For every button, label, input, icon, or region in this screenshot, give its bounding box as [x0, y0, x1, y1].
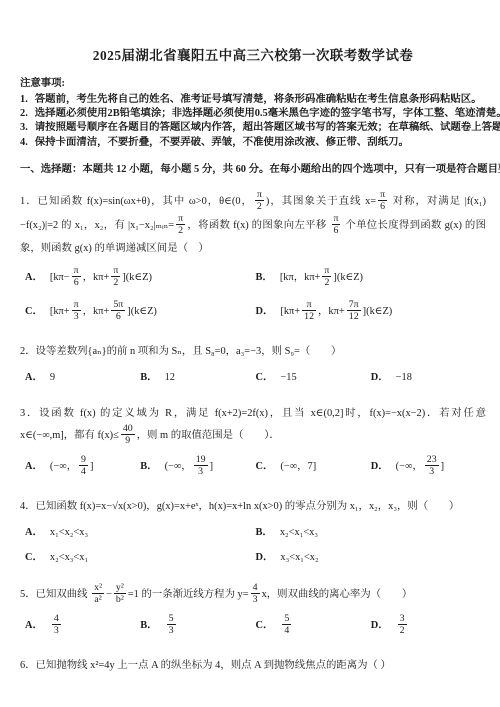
notice-item-1: 1.答题前，考生先将自己的姓名、准考证号填写清楚，将条形码准确粘贴在考生信息条形… — [20, 93, 486, 107]
fraction: 5π6 — [111, 299, 125, 323]
fraction: π3 — [72, 299, 81, 323]
fraction: 54 — [282, 613, 291, 637]
fraction: 409 — [121, 423, 135, 447]
options-row: A．[kπ−π6，kπ+π2](k∈Z)B．[kπ，kπ+π2](k∈Z)C．[… — [25, 261, 486, 328]
option-label: D． — [371, 370, 389, 385]
fraction: π6 — [72, 265, 81, 289]
question-6: 6．已知抛物线 x²=4y 上一点 A 的纵坐标为 4，则点 A 到抛物线焦点的… — [20, 655, 486, 676]
fraction: x²a² — [92, 582, 104, 606]
option-C: C．54 — [256, 614, 371, 638]
option-C: C．x₂<x₃<x₁ — [25, 550, 256, 565]
fraction: π2 — [176, 213, 185, 237]
option-A: A．43 — [25, 614, 140, 638]
option-label: A． — [25, 270, 43, 285]
option-text: (−∞，7] — [280, 459, 316, 474]
option-B: B．(−∞，193] — [140, 455, 255, 479]
option-label: C． — [256, 459, 274, 474]
question-1: 1．已知函数 f(x)=sin(ωx+θ)，其中 ω>0，θ∈(0，π2)，其图… — [20, 190, 486, 328]
page-title: 2025届湖北省襄阳五中高三六校第一次联考数学试卷 — [20, 46, 486, 65]
fraction: 43 — [52, 613, 61, 637]
option-B: B．53 — [140, 614, 255, 638]
option-A: A．[kπ−π6，kπ+π2](k∈Z) — [25, 266, 256, 290]
notice-item-text: 保持卡面清洁，不要折叠，不要弄破、弄皱，不准使用涂改液、修正带、刮纸刀。 — [35, 137, 409, 148]
fraction: π12 — [302, 299, 316, 323]
option-label: D． — [256, 550, 274, 565]
fraction: 43 — [251, 582, 260, 606]
option-label: B． — [140, 618, 157, 633]
option-label: D． — [256, 304, 274, 319]
question-stem: 2．设等差数列{aₙ}的前 n 项和为 Sₙ，且 S₈=0，a₃=−3，则 S₉… — [20, 341, 486, 362]
option-C: C．(−∞，7] — [256, 455, 371, 479]
notice-heading: 注意事项: — [20, 76, 486, 91]
options-row: A．(−∞，94]B．(−∞，193]C．(−∞，7]D．(−∞，233] — [25, 450, 486, 484]
notice-item-number: 2. — [20, 108, 28, 119]
option-D: D．x₃<x₁<x₂ — [256, 550, 487, 565]
option-label: C． — [25, 304, 43, 319]
option-label: C． — [256, 370, 274, 385]
option-label: B． — [256, 270, 273, 285]
notice-item-text: 选择题必须使用2B铅笔填涂；非选择题必须使用0.5毫米黑色字迹的签字笔书写，字体… — [35, 108, 500, 119]
fraction: 233 — [425, 454, 439, 478]
option-text: x₃<x₁<x₂ — [280, 550, 318, 565]
fraction: 193 — [194, 454, 208, 478]
option-text: −18 — [396, 370, 412, 385]
option-text: 12 — [165, 370, 175, 385]
options-row: A．9B．12C．−15D．−18 — [25, 365, 486, 390]
option-text: 53 — [165, 614, 178, 638]
option-D: D．[kπ+π12，kπ+7π12](k∈Z) — [256, 300, 487, 324]
fraction: 7π12 — [347, 299, 361, 323]
fraction: y²b² — [114, 582, 126, 606]
option-B: B．12 — [140, 370, 255, 385]
question-4: 4．已知函数 f(x)=x−√x(x>0)，g(x)=x+eˣ，h(x)=x+l… — [20, 496, 486, 569]
option-label: A． — [25, 370, 43, 385]
option-text: (−∞，233] — [396, 455, 444, 479]
option-D: D．32 — [371, 614, 486, 638]
notice-item-2: 2.选择题必须使用2B铅笔填涂；非选择题必须使用0.5毫米黑色字迹的签字笔书写，… — [20, 107, 486, 121]
option-label: C． — [25, 550, 43, 565]
question-stem: 3．设函数 f(x) 的定义域为 R，满足 f(x+2)=2f(x)，且当 x∈… — [20, 403, 486, 448]
option-text: (−∞，193] — [165, 455, 213, 479]
option-text: 32 — [396, 614, 409, 638]
notice-block: 注意事项: 1.答题前，考生先将自己的姓名、准考证号填写清楚，将条形码准确粘贴在… — [20, 76, 486, 150]
option-D: D．(−∞，233] — [371, 455, 486, 479]
option-label: B． — [140, 370, 157, 385]
option-text: 43 — [50, 614, 63, 638]
option-B: B．x₂<x₁<x₃ — [256, 525, 487, 540]
notice-item-number: 3. — [20, 122, 28, 133]
question-3: 3．设函数 f(x) 的定义域为 R，满足 f(x+2)=2f(x)，且当 x∈… — [20, 403, 486, 484]
option-text: x₁<x₂<x₃ — [50, 525, 88, 540]
options-row: A．43B．53C．54D．32 — [25, 609, 486, 643]
fraction: π2 — [111, 265, 120, 289]
option-text: [kπ+π3，kπ+5π6](k∈Z) — [50, 300, 157, 324]
option-C: C．−15 — [256, 370, 371, 385]
option-D: D．−18 — [371, 370, 486, 385]
notice-item-number: 1. — [20, 94, 28, 105]
option-text: −15 — [280, 370, 296, 385]
option-text: (−∞，94] — [50, 455, 94, 479]
fraction: π6 — [378, 189, 387, 213]
section-header-choice-questions: 一、选择题：本题共 12 小题，每小题 5 分，共 60 分。在每小题给出的四个… — [20, 162, 486, 177]
fraction: 94 — [79, 454, 88, 478]
question-stem: 4．已知函数 f(x)=x−√x(x>0)，g(x)=x+eˣ，h(x)=x+l… — [20, 496, 486, 517]
option-label: D． — [371, 618, 389, 633]
question-stem: 5．已知双曲线 x²a²−y²b²=1 的一条渐近线方程为 y=43x，则双曲线… — [20, 583, 486, 607]
option-text: 54 — [280, 614, 293, 638]
notice-item-3: 3.请按照题号顺序在各题目的答题区域内作答，超出答题区域书写的答案无效；在草稿纸… — [20, 121, 486, 135]
option-A: A．9 — [25, 370, 140, 385]
question-2: 2．设等差数列{aₙ}的前 n 项和为 Sₙ，且 S₈=0，a₃=−3，则 S₉… — [20, 341, 486, 389]
question-stem: 1．已知函数 f(x)=sin(ωx+θ)，其中 ω>0，θ∈(0，π2)，其图… — [20, 190, 486, 259]
option-label: B． — [140, 459, 157, 474]
option-text: [kπ，kπ+π2](k∈Z) — [280, 266, 363, 290]
option-text: [kπ+π12，kπ+7π12](k∈Z) — [280, 300, 392, 324]
option-text: x₂<x₁<x₃ — [280, 525, 318, 540]
notice-item-text: 答题前，考生先将自己的姓名、准考证号填写清楚，将条形码准确粘贴在考生信息条形码粘… — [35, 94, 482, 105]
option-label: C． — [256, 618, 274, 633]
option-label: A． — [25, 618, 43, 633]
option-label: A． — [25, 459, 43, 474]
option-text: x₂<x₃<x₁ — [50, 550, 88, 565]
notice-item-4: 4.保持卡面清洁，不要折叠，不要弄破、弄皱，不准使用涂改液、修正带、刮纸刀。 — [20, 136, 486, 150]
option-C: C．[kπ+π3，kπ+5π6](k∈Z) — [25, 300, 256, 324]
option-label: D． — [371, 459, 389, 474]
options-row: A．x₁<x₂<x₃B．x₂<x₁<x₃C．x₂<x₃<x₁D．x₃<x₁<x₂ — [25, 520, 486, 570]
option-text: [kπ−π6，kπ+π2](k∈Z) — [50, 266, 152, 290]
exam-paper-page: 2025届湖北省襄阳五中高三六校第一次联考数学试卷 注意事项: 1.答题前，考生… — [0, 0, 500, 707]
question-5: 5．已知双曲线 x²a²−y²b²=1 的一条渐近线方程为 y=43x，则双曲线… — [20, 583, 486, 642]
fraction: π6 — [332, 213, 341, 237]
fraction: 32 — [398, 613, 407, 637]
questions-list: 1．已知函数 f(x)=sin(ωx+θ)，其中 ω>0，θ∈(0，π2)，其图… — [20, 190, 486, 676]
option-text: 9 — [50, 370, 55, 385]
question-stem: 6．已知抛物线 x²=4y 上一点 A 的纵坐标为 4，则点 A 到抛物线焦点的… — [20, 655, 486, 676]
option-B: B．[kπ，kπ+π2](k∈Z) — [256, 266, 487, 290]
fraction: 53 — [167, 613, 176, 637]
notice-item-text: 请按照题号顺序在各题目的答题区域内作答，超出答题区域书写的答案无效；在草稿纸、试… — [35, 122, 500, 133]
fraction: π2 — [255, 189, 264, 213]
option-A: A．(−∞，94] — [25, 455, 140, 479]
option-label: B． — [256, 525, 273, 540]
notice-item-number: 4. — [20, 137, 28, 148]
fraction: π2 — [322, 265, 331, 289]
option-A: A．x₁<x₂<x₃ — [25, 525, 256, 540]
option-label: A． — [25, 525, 43, 540]
